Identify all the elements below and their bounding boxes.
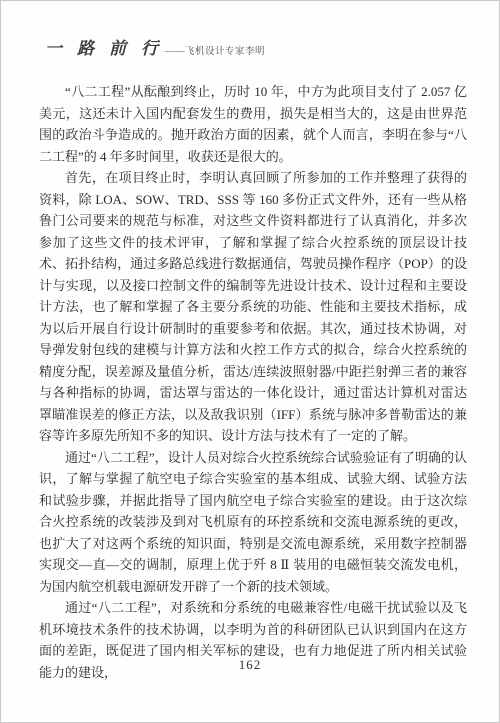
body-paragraph: 首先，在项目终止时，李明认真回顾了所参加的工作并整理了获得的资料，除 LOA、S… [39, 167, 467, 447]
book-title: 一路前行 [45, 34, 173, 59]
running-header: 一路前行 ——飞机设计专家李明 [45, 34, 265, 59]
page-footer: 162 [1, 657, 499, 673]
page-number: 162 [239, 657, 262, 672]
body-text: “八二工程”从酝酿到终止，历时 10 年，中方为此项目支付了 2.057 亿美元… [39, 81, 467, 683]
book-page: 一路前行 ——飞机设计专家李明 “八二工程”从酝酿到终止，历时 10 年，中方为… [0, 0, 500, 723]
body-paragraph: 通过“八二工程”，设计人员对综合火控系统综合试验验证有了明确的认识，了解与掌握了… [39, 447, 467, 598]
book-subtitle: ——飞机设计专家李明 [165, 43, 265, 57]
body-paragraph: “八二工程”从酝酿到终止，历时 10 年，中方为此项目支付了 2.057 亿美元… [39, 81, 467, 167]
